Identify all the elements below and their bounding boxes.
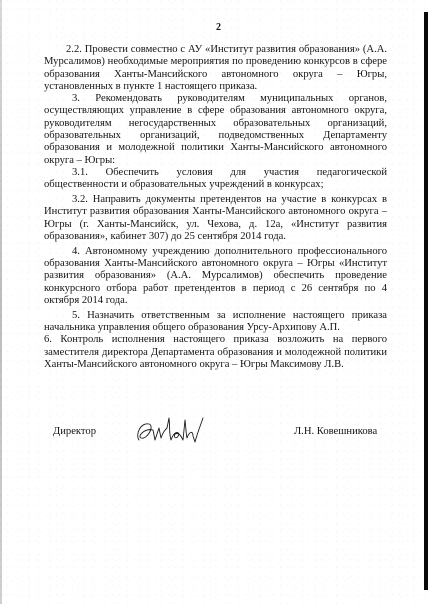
paragraph-2-2: 2.2. Провести совместно с АУ «Институт р… — [44, 44, 387, 93]
paragraph-3-1: 3.1. Обеспечить условия для участия педа… — [44, 167, 387, 192]
signature-block: Директор Л.Н. Ковешникова — [0, 414, 428, 454]
signer-name: Л.Н. Ковешникова — [294, 426, 377, 437]
paragraph-6: 6. Контроль исполнения настоящего приказ… — [44, 334, 387, 371]
handwritten-signature — [133, 414, 205, 446]
paragraph-4: 4. Автономному учреждению дополнительног… — [44, 246, 387, 307]
document-body: 2.2. Провести совместно с АУ «Институт р… — [44, 44, 387, 371]
paragraph-3-2: 3.2. Направить документы претендентов на… — [44, 194, 387, 243]
signer-title: Директор — [53, 426, 96, 437]
scan-right-border — [424, 12, 428, 590]
paragraph-3: 3. Рекомендовать руководителям муниципал… — [44, 93, 387, 167]
paragraph-5: 5. Назначить ответственным за исполнение… — [44, 310, 387, 335]
scan-left-edge — [0, 0, 2, 604]
page-number: 2 — [216, 22, 221, 33]
